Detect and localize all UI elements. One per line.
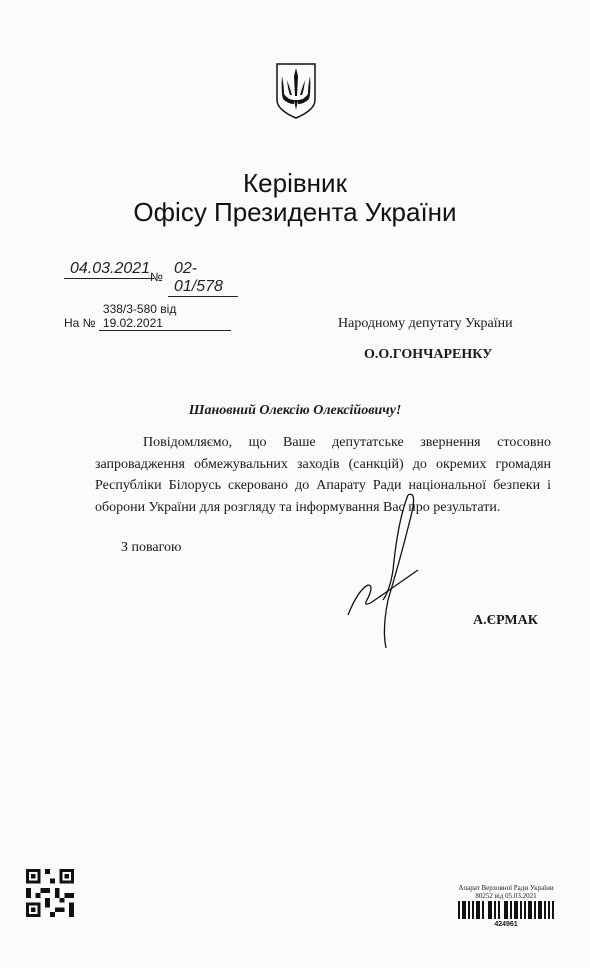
registration-stamp: Апарат Верховної Ради України 80252 від … — [448, 884, 564, 929]
recipient-name: О.О.ГОНЧАРЕНКУ — [364, 347, 492, 363]
signer-name: А.ЄРМАК — [473, 613, 538, 629]
reference-label: На № — [64, 316, 96, 330]
recipient-position: Народному депутату України — [338, 316, 513, 332]
header-title-line2: Офісу Президента України — [0, 197, 590, 228]
letter-closing: З повагою — [121, 540, 182, 556]
signature-icon — [338, 490, 438, 650]
stamp-line1: Апарат Верховної Ради України — [448, 884, 564, 892]
reference-value: 338/3-580 від 19.02.2021 — [99, 302, 231, 331]
barcode-icon — [458, 901, 554, 919]
letter-body: Повідомляємо, що Ваше депутатське зверне… — [95, 432, 551, 518]
registration-number: 02-01/578 — [168, 260, 238, 297]
barcode-number: 424961 — [448, 921, 564, 929]
stamp-line2: 80252 від 05.03.2021 — [448, 892, 564, 900]
trident-emblem-icon — [274, 62, 318, 120]
registration-date: 04.03.2021 — [64, 260, 154, 279]
registration-number-label: № — [150, 270, 163, 284]
letter-greeting: Шановний Олексію Олексійовичу! — [0, 403, 590, 419]
header-title-line1: Керівник — [0, 168, 590, 199]
qr-code-icon — [26, 868, 74, 918]
reference-line: На № 338/3-580 від 19.02.2021 — [64, 302, 231, 331]
